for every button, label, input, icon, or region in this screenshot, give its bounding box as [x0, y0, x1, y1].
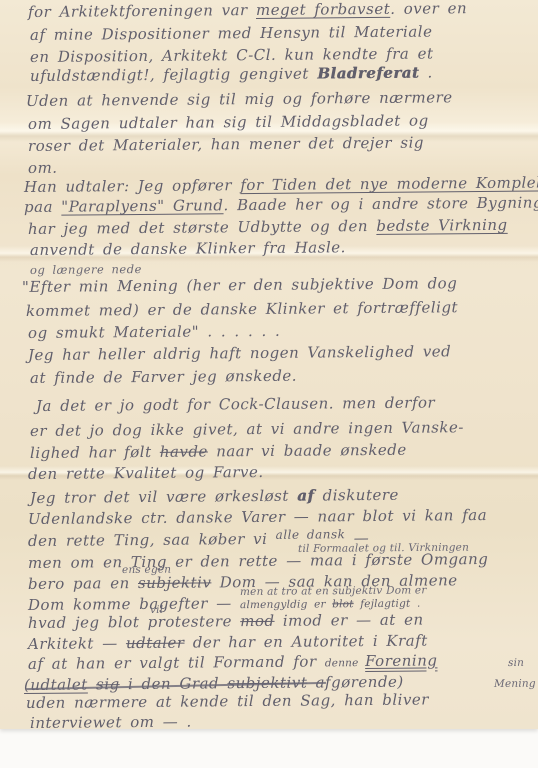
- line-text: [88, 675, 96, 693]
- overwritten-text: Bladreferat: [317, 64, 419, 83]
- handwriting-line: for Arkitektforeningen var meget forbavs…: [28, 0, 467, 22]
- small-insert-text: almengyldig er: [240, 598, 332, 611]
- interlinear-insert: til Formaalet og til. Virkningen: [298, 542, 469, 555]
- handwriting-line: den rette Kvalitet og Farve.: [28, 462, 264, 484]
- double-underlined-text: Forening: [365, 651, 438, 670]
- struck-text: blot: [332, 598, 354, 610]
- line-text: . over en: [390, 0, 467, 18]
- line-text: Arkitekt —: [28, 634, 126, 653]
- line-text: naar vi baade ønskede: [208, 441, 407, 461]
- line-text: diskutere: [314, 486, 399, 505]
- handwriting-line: at finde de Farver jeg ønskede.: [30, 366, 297, 388]
- handwriting-line: anvendt de danske Klinker fra Hasle.: [30, 237, 346, 260]
- underlined-text: bedste Virkning: [376, 216, 507, 235]
- line-text: ufuldstændigt!, fejlagtig gengivet: [30, 64, 317, 85]
- handwriting-line: Jeg har heller aldrig haft nogen Vanskel…: [28, 341, 451, 365]
- line-text: der har en Autoritet i Kraft: [184, 632, 427, 652]
- underlined-text: meget forbavset: [256, 0, 390, 19]
- handwriting-line: kommet med) er de danske Klinker et fort…: [26, 297, 458, 321]
- handwriting-line: om Sagen udtaler han sig til Middagsblad…: [28, 111, 429, 134]
- scanned-document: { "document": { "paper_color": "#efe4cd"…: [0, 0, 538, 768]
- handwriting-line: "Efter min Mening (her er den subjektive…: [22, 273, 457, 297]
- small-insert-text: denne: [325, 657, 365, 669]
- interlinear-insert: ens egen: [122, 564, 171, 576]
- interlinear-insert: vil: [150, 604, 163, 616]
- struck-text: udtaler: [126, 634, 185, 653]
- underlined-text: for Tiden det nye moderne Kompleks: [240, 173, 538, 194]
- handwriting-line: om.: [28, 158, 58, 178]
- line-text: paa: [24, 198, 61, 216]
- underlined-text: "Paraplyens" Grund: [61, 196, 223, 215]
- handwriting-line: Jeg tror det vil være ørkesløst af disku…: [30, 485, 399, 508]
- line-text: den rette Ting, saa køber vi: [28, 530, 276, 550]
- underlined-text: (udtalet: [24, 675, 88, 694]
- handwriting-line: af mine Dispositioner med Hensyn til Mat…: [30, 21, 433, 45]
- raised-insert-text: alle dansk: [276, 527, 346, 542]
- line-text: imod er — at en: [274, 611, 423, 630]
- line-text: lighed har følt: [30, 443, 160, 462]
- handwriting-line: er det jo dog ikke givet, at vi andre in…: [30, 417, 464, 441]
- handwriting-line: Udenlandske ctr. danske Varer — naar blo…: [28, 505, 487, 529]
- line-text: bero paa en: [28, 574, 138, 593]
- struck-text: sig: [96, 675, 120, 693]
- handwriting-line: hvad jeg blot protestere mod imod er — a…: [28, 610, 424, 633]
- line-text: Jeg tror det vil være ørkesløst: [30, 487, 297, 507]
- struck-text: mod: [240, 612, 275, 630]
- line-text: hvad jeg blot protestere: [28, 612, 240, 632]
- struck-text: subjektiv: [138, 573, 212, 592]
- handwriting-line: lighed har følt havde naar vi baade ønsk…: [30, 440, 407, 463]
- line-text: .: [419, 63, 433, 81]
- handwriting-line: har jeg med det største Udbytte og den b…: [28, 215, 508, 239]
- margin-insert: sin: [508, 657, 524, 669]
- margin-insert: Mening: [494, 678, 536, 690]
- small-insert-text: fejlagtigt .: [354, 598, 421, 611]
- handwriting-line: Uden at henvende sig til mig og forhøre …: [26, 87, 453, 111]
- handwriting-line: uden nærmere at kende til den Sag, han b…: [26, 689, 429, 713]
- handwriting-line: ufuldstændigt!, fejlagtig gengivet Bladr…: [30, 62, 433, 86]
- overwritten-text: af: [297, 487, 314, 505]
- interlinear-insert: men at tro at en subjektiv Dom er: [240, 584, 427, 598]
- line-text: for Arkitektforeningen var: [28, 1, 256, 21]
- handwriting-line: roser det Materialer, han mener det drej…: [28, 133, 424, 156]
- line-text: . Baade her og i andre store Bygninger: [223, 193, 538, 214]
- line-text: har jeg med det største Udbytte og den: [28, 217, 376, 238]
- handwriting-line: interviewet om — .: [30, 712, 192, 733]
- line-text: Han udtaler: Jeg opfører: [24, 176, 240, 196]
- struck-text: havde: [160, 442, 208, 460]
- handwriting-line: Ja det er jo godt for Cock-Clausen. men …: [36, 393, 435, 416]
- handwriting-line: og smukt Materiale" . . . . . .: [28, 321, 280, 343]
- line-text: af at han er valgt til Formand for: [28, 652, 325, 673]
